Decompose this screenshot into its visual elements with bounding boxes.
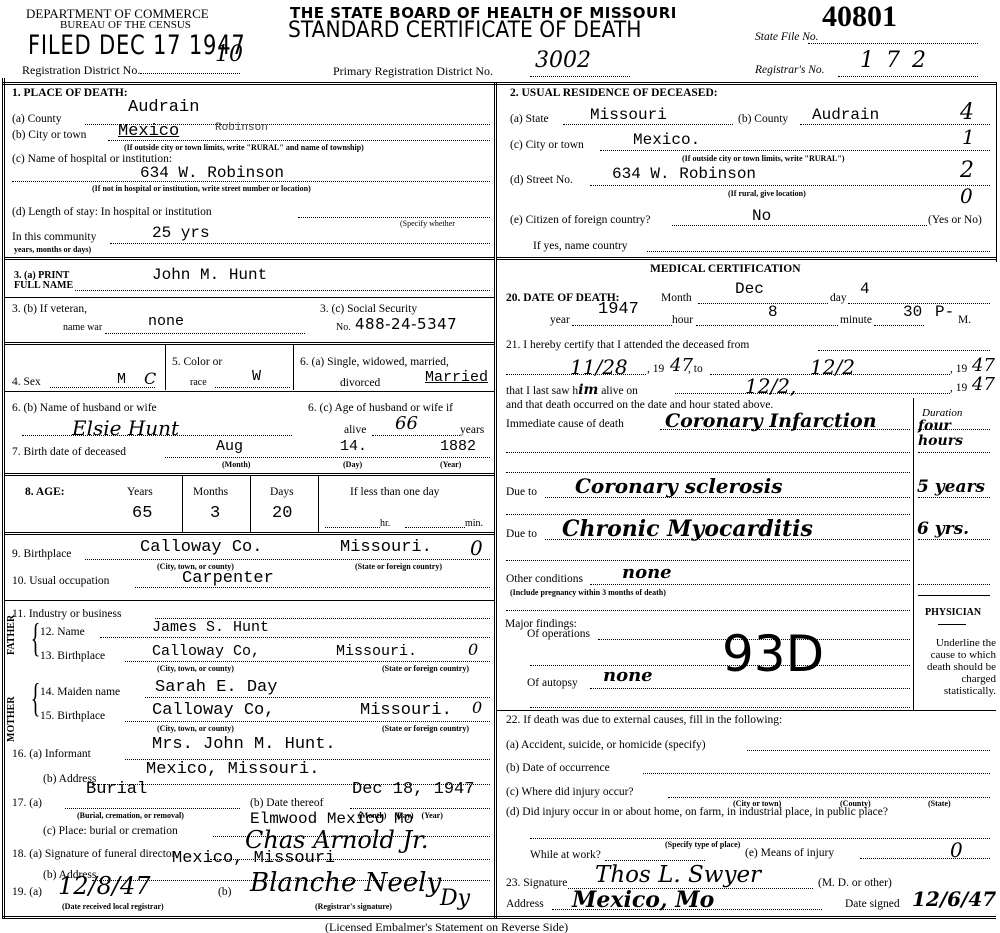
death-minute-value[interactable]: 30: [903, 303, 922, 321]
received-date-value[interactable]: 12/8/47: [58, 872, 151, 900]
father-side-label: FATHER: [6, 615, 17, 655]
duration-line: [918, 584, 990, 585]
disposition-value[interactable]: Burial: [86, 780, 147, 799]
death-hour-value[interactable]: 8: [768, 303, 778, 321]
birth-day-value[interactable]: 14.: [340, 438, 367, 455]
occupation-label: 10. Usual occupation: [12, 575, 109, 587]
primary-district-label: Primary Registration District No.: [333, 64, 493, 79]
divider: [5, 257, 494, 260]
medical-heading: MEDICAL CERTIFICATION: [650, 263, 801, 275]
res-code-4: 0: [960, 184, 973, 208]
hr-label: hr.: [380, 518, 390, 529]
father-birth-state-value[interactable]: Missouri.: [336, 643, 417, 660]
date-signed-label: Date signed: [845, 898, 900, 910]
signer-address-value[interactable]: Mexico, Mo: [572, 887, 714, 913]
age-days-value[interactable]: 20: [272, 504, 292, 523]
meridiem-suffix: M.: [958, 314, 971, 326]
community-label: In this community: [12, 231, 96, 243]
primary-district-value: 3002: [535, 48, 591, 73]
autopsy-value[interactable]: none: [603, 665, 653, 686]
other-conditions-note: (Include pregnancy within 3 months of de…: [510, 588, 666, 597]
father-name-line: [100, 637, 490, 638]
death-day-label: day: [830, 292, 847, 304]
country-line: [647, 251, 990, 252]
state-caption: (State or foreign country): [382, 664, 469, 673]
director-address-value[interactable]: Mexico, Missouri: [172, 849, 335, 868]
death-minute-label: minute: [840, 314, 872, 326]
to-label: , to: [688, 363, 703, 375]
death-month-label: Month: [661, 292, 692, 304]
age-years-value[interactable]: 65: [132, 504, 152, 523]
death-month-value[interactable]: Dec: [735, 280, 764, 298]
cause-line: [506, 472, 910, 473]
father-birth-line: [125, 661, 490, 662]
state-caption: (State or foreign country): [382, 724, 469, 733]
mother-name-label: 14. Maiden name: [40, 686, 120, 698]
last-saw-label: that I last saw him alive on: [506, 382, 638, 398]
veteran-sub: name war: [63, 322, 102, 333]
reg-district-label: Registration District No.: [22, 63, 262, 78]
res-city-line: [600, 150, 990, 151]
external-c-line: [668, 797, 990, 798]
spouse-age-label: 6. (c) Age of husband or wife if: [308, 402, 453, 414]
birthplace-code: 0: [470, 536, 483, 560]
city-note: (If outside city or town limits, write "…: [124, 143, 364, 152]
due-to-2-duration[interactable]: 6 yrs.: [917, 519, 969, 539]
res-state-line: [563, 124, 733, 125]
res-county-label: (b) County: [738, 113, 788, 125]
death-month-line: [698, 303, 828, 304]
death-meridiem-value[interactable]: P-: [935, 303, 954, 321]
stay-note: (Specify whether: [400, 219, 455, 228]
cause-line: [506, 560, 910, 561]
at-work-label: While at work?: [530, 849, 601, 861]
father-birth-city-value[interactable]: Calloway Co,: [152, 643, 260, 660]
external-a-label: (a) Accident, suicide, or homicide (spec…: [506, 739, 706, 751]
citizen-line: [672, 225, 927, 226]
means-line: [860, 858, 990, 859]
last-saw-line: [675, 393, 950, 394]
means-value[interactable]: 0: [950, 838, 963, 862]
autopsy-label: Of autopsy: [527, 677, 578, 689]
city-label: (b) City or town: [12, 129, 86, 141]
full-name-value[interactable]: John M. Hunt: [152, 266, 267, 284]
attended-to-value[interactable]: 12/2: [810, 355, 855, 379]
other-conditions-label: Other conditions: [506, 573, 583, 585]
immediate-cause-value[interactable]: Coronary Infarction: [665, 410, 877, 432]
external-b-label: (b) Date of occurrence: [506, 762, 610, 774]
burial-date-value[interactable]: Dec 18, 1947: [352, 780, 474, 799]
divider: [5, 342, 494, 345]
means-label: (e) Means of injury: [745, 847, 834, 859]
date-signed-value[interactable]: 12/6/47: [912, 887, 996, 911]
mother-birth-line: [125, 721, 490, 722]
physician-signature[interactable]: Thos L. Swyer: [595, 862, 761, 888]
birth-month-value[interactable]: Aug: [216, 438, 243, 455]
citizen-label: (e) Citizen of foreign country?: [510, 214, 651, 226]
occupation-value[interactable]: Carpenter: [182, 569, 274, 588]
min-label: min.: [465, 518, 483, 529]
registrar-initials: Dy: [440, 886, 470, 911]
color-marital-divider: [293, 345, 294, 390]
other-conditions-line: [590, 584, 910, 585]
hospital-line: [12, 181, 490, 182]
divider: [918, 595, 990, 596]
mother-name-line: [145, 697, 490, 698]
city-caption: (City, town, or county): [157, 664, 234, 673]
external-b-line: [643, 773, 990, 774]
operations-line-2: [530, 665, 910, 666]
marital-sub: divorced: [340, 377, 380, 389]
age-col-divider: [250, 476, 251, 532]
death-city-overtype: Robinson: [215, 122, 268, 134]
full-name-line: [75, 290, 490, 291]
birth-date-label: 7. Birth date of deceased: [12, 446, 126, 458]
age-days-label: Days: [270, 486, 294, 498]
spouse-label: 6. (b) Name of husband or wife: [12, 402, 157, 414]
physician-divider: [913, 606, 914, 710]
county-label: (a) County: [12, 113, 62, 125]
registrar-no-label: Registrar's No.: [755, 64, 825, 76]
duration-line: [918, 452, 990, 453]
age-col-divider: [318, 476, 319, 532]
findings-line: [506, 610, 910, 611]
mother-birth-label: 15. Birthplace: [40, 710, 105, 722]
center-divider: [494, 82, 497, 918]
footer-note: (Licensed Embalmer's Statement on Revers…: [325, 920, 568, 933]
spouse-age-unit: years: [460, 424, 484, 436]
father-birth-label: 13. Birthplace: [40, 650, 105, 662]
md-label: (M. D. or other): [818, 877, 892, 889]
signature-label: 23. Signature: [506, 877, 567, 889]
divider: [5, 297, 494, 298]
cause-line: [506, 452, 910, 453]
birthplace-line: [85, 559, 490, 560]
autopsy-line: [590, 688, 910, 689]
external-d-label: (d) Did injury occur in or about home, o…: [506, 806, 888, 818]
last-saw-year-prefix: , 19: [950, 382, 967, 394]
day-caption: (Day): [343, 460, 362, 469]
age-label: 8. AGE:: [25, 486, 65, 498]
external-d-line: [530, 838, 990, 839]
city-caption: (City, town, or county): [157, 724, 234, 733]
age-months-label: Months: [193, 486, 228, 498]
spouse-age-value[interactable]: 66: [395, 413, 418, 434]
spouse-value[interactable]: Elsie Hunt: [72, 416, 179, 440]
registrar-label: (b): [218, 886, 231, 898]
physician-title: PHYSICIAN: [925, 607, 981, 618]
external-c-label: (c) Where did injury occur?: [506, 786, 634, 798]
birthplace-label: 9. Birthplace: [12, 548, 71, 560]
right-border: [996, 82, 997, 262]
year-caption: (Year): [440, 460, 461, 469]
certify-text: 21. I hereby certify that I attended the…: [506, 339, 749, 351]
social-security-value[interactable]: 488-24-5347: [355, 315, 457, 333]
received-caption: (Date received local registrar): [62, 902, 164, 911]
res-street-label: (d) Street No.: [510, 174, 573, 186]
signer-address-label: Address: [506, 898, 544, 910]
citizen-value[interactable]: No: [752, 207, 771, 225]
sex-line: [50, 387, 155, 388]
residence-heading: 2. USUAL RESIDENCE OF DECEASED:: [510, 87, 718, 99]
statistical-code-mark: 93D: [722, 625, 824, 683]
res-code-1: 4: [960, 100, 974, 125]
birthplace-state-value[interactable]: Missouri.: [340, 538, 432, 557]
age-years-label: Years: [127, 486, 153, 498]
spouse-age-sub: alive: [344, 424, 366, 436]
burial-line: [65, 808, 240, 809]
autopsy-line-2: [530, 707, 910, 708]
death-hour-label: hour: [672, 314, 693, 326]
attended-from-value[interactable]: 11/28: [570, 355, 628, 379]
father-name-label: 12. Name: [40, 626, 85, 638]
duration-line: [918, 539, 990, 540]
operations-label: Of operations: [527, 628, 590, 640]
state-caption: (State or foreign country): [355, 562, 442, 571]
res-city-label: (c) City or town: [510, 139, 584, 151]
last-saw-date[interactable]: 12/2,: [745, 374, 796, 398]
birth-year-value[interactable]: 1882: [440, 438, 476, 455]
community-value[interactable]: 25 yrs: [152, 224, 210, 242]
res-state-label: (a) State: [510, 113, 549, 125]
immediate-duration-value[interactable]: four hours: [918, 419, 993, 449]
father-code: 0: [468, 640, 478, 659]
mother-brace: {: [31, 678, 41, 718]
death-hour-line: [696, 325, 838, 326]
informant-address-value[interactable]: Mexico, Missouri.: [146, 760, 319, 779]
registrar-signature[interactable]: Blanche Neely: [250, 868, 441, 898]
due-to-label-2: Due to: [506, 528, 537, 540]
last-saw-pronoun[interactable]: im: [578, 382, 598, 398]
sex-code: C: [144, 369, 156, 388]
sex-label: 4. Sex: [12, 376, 41, 388]
registrar-no-value: 172: [860, 48, 938, 73]
res-county-value[interactable]: Audrain: [812, 106, 879, 124]
spouse-age-line: [372, 435, 460, 436]
certificate-title: STANDARD CERTIFICATE OF DEATH: [288, 18, 641, 43]
color-value[interactable]: W: [252, 368, 261, 385]
last-saw-year[interactable]: 47: [972, 374, 995, 395]
due-to-2-value[interactable]: Chronic Myocarditis: [562, 516, 813, 542]
birthplace-city-value[interactable]: Calloway Co.: [140, 538, 262, 557]
color-line: [215, 387, 290, 388]
spouse-line: [22, 435, 292, 436]
community-note: years, months or days): [14, 245, 91, 254]
res-state-value[interactable]: Missouri: [590, 106, 667, 124]
death-year-value[interactable]: 1947: [598, 300, 639, 319]
to-year-prefix: , 19: [950, 363, 967, 375]
divider: [497, 257, 996, 260]
age-less-label: If less than one day: [350, 486, 439, 498]
res-city-note: (If outside city or town limits, write "…: [682, 154, 845, 163]
state-file-number: 40801: [822, 0, 897, 34]
father-name-value[interactable]: James S. Hunt: [152, 619, 269, 636]
death-day-value[interactable]: 4: [860, 280, 870, 298]
community-line: [110, 243, 490, 244]
duration-line: [918, 429, 990, 430]
place-of-death-heading: 1. PLACE OF DEATH:: [12, 87, 128, 99]
registrar-no-line: [838, 76, 978, 77]
certify-line: [818, 350, 990, 351]
marital-value[interactable]: Married: [425, 369, 488, 386]
external-d-note: (Specify type of place): [665, 840, 740, 849]
due-to-1-duration[interactable]: 5 years: [917, 477, 985, 497]
received-label: 19. (a): [12, 886, 42, 898]
ss-sub: No.: [336, 322, 351, 333]
informant-label: 16. (a) Informant: [12, 748, 91, 760]
veteran-value[interactable]: none: [148, 313, 184, 330]
state-file-label: State File No.: [755, 31, 985, 43]
divider: [938, 624, 966, 625]
state-caption: (State): [928, 799, 951, 808]
divider: [5, 600, 494, 601]
immediate-cause-label: Immediate cause of death: [506, 418, 624, 430]
father-brace: {: [31, 618, 41, 658]
divider: [5, 391, 494, 392]
from-year-prefix: , 19: [647, 363, 664, 375]
death-city-value[interactable]: Mexico: [118, 122, 179, 141]
res-code-3: 2: [960, 158, 974, 183]
state-file-line: [808, 43, 978, 44]
month-caption: (Month): [222, 460, 250, 469]
attended-to-year[interactable]: 47: [972, 355, 995, 376]
burial-label: 17. (a): [12, 797, 42, 809]
filed-stamp: FILED DEC 17 1947: [28, 30, 246, 61]
external-a-line: [747, 750, 990, 751]
disposition-caption: (Burial, cremation, or removal): [77, 811, 184, 820]
other-conditions-value[interactable]: none: [622, 562, 672, 583]
death-county-value[interactable]: Audrain: [128, 98, 199, 117]
external-causes-heading: 22. If death was due to external causes,…: [506, 714, 782, 726]
sex-value[interactable]: M: [117, 371, 126, 388]
due-to-1-value[interactable]: Coronary sclerosis: [575, 474, 783, 498]
hospital-value[interactable]: 634 W. Robinson: [140, 164, 284, 182]
primary-district-line: [530, 76, 630, 77]
sex-color-divider: [165, 345, 166, 390]
marital-label: 6. (a) Single, widowed, married,: [300, 356, 449, 368]
burial-place-label: (c) Place: burial or cremation: [43, 825, 178, 837]
res-city-value[interactable]: Mexico.: [633, 131, 700, 149]
divider: [497, 710, 996, 711]
color-label: 5. Color or: [172, 356, 222, 368]
mother-name-value[interactable]: Sarah E. Day: [155, 678, 277, 697]
res-street-line: [590, 185, 990, 186]
burial-date-line: [350, 808, 490, 809]
age-col-divider: [182, 476, 183, 532]
due-to-label-1: Due to: [506, 486, 537, 498]
mother-side-label: MOTHER: [6, 696, 17, 742]
hospital-note: (If not in hospital or institution, writ…: [92, 184, 311, 193]
citizen-note: (Yes or No): [928, 214, 982, 226]
minutes-line: [405, 527, 465, 528]
top-border: [2, 82, 996, 85]
informant-value[interactable]: Mrs. John M. Hunt.: [152, 735, 336, 754]
bottom-border: [2, 916, 996, 919]
name-label-b: FULL NAME: [14, 280, 73, 291]
res-street-value[interactable]: 634 W. Robinson: [612, 165, 756, 183]
physician-note: Underline the cause to which death shoul…: [916, 637, 996, 697]
veteran-line: [105, 333, 305, 334]
birth-date-line: [165, 457, 490, 458]
veteran-label: 3. (b) If veteran,: [12, 303, 87, 315]
age-months-value[interactable]: 3: [210, 504, 220, 523]
stay-line: [298, 217, 490, 218]
divider: [5, 532, 494, 535]
left-border: [2, 78, 5, 918]
industry-label: 11. Industry or business: [12, 608, 121, 620]
hours-line: [325, 527, 380, 528]
funeral-director-label: 18. (a) Signature of funeral director: [12, 848, 176, 860]
color-sub: race: [190, 377, 207, 388]
ss-label: 3. (c) Social Security: [320, 303, 417, 315]
mother-birth-state-value[interactable]: Missouri.: [360, 701, 452, 720]
burial-date-label: (b) Date thereof: [250, 797, 323, 809]
registrar-caption: (Registrar's signature): [315, 902, 392, 911]
at-work-line: [605, 860, 705, 861]
death-year-label: year: [550, 314, 570, 326]
mother-birth-city-value[interactable]: Calloway Co,: [152, 701, 274, 720]
res-code-2: 1: [962, 125, 975, 149]
death-minute-line: [874, 325, 924, 326]
cause-line: [506, 514, 910, 515]
country-label: If yes, name country: [533, 240, 628, 252]
duration-line: [918, 497, 990, 498]
mother-code: 0: [472, 698, 482, 717]
stay-label: (d) Length of stay: In hospital or insti…: [12, 206, 212, 218]
res-street-note: (If rural, give location): [728, 189, 806, 198]
death-year-line: [572, 325, 672, 326]
duration-divider: [913, 398, 914, 606]
